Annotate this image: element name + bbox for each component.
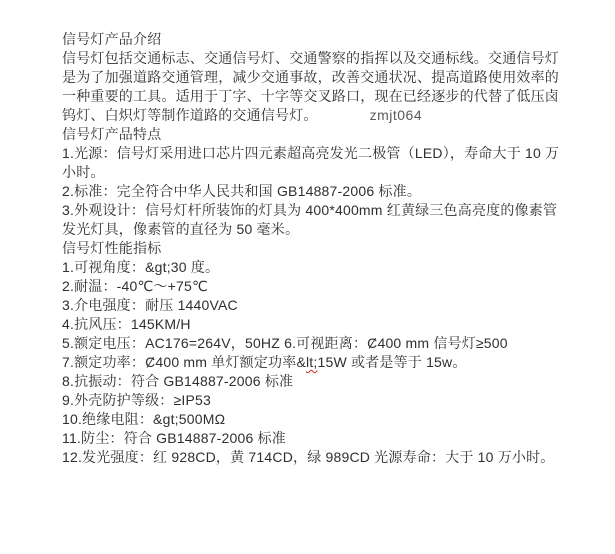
- watermark-text: zmjt064: [370, 107, 423, 123]
- intro-paragraph-line: 是为了加强道路交通管理，减少交通事故，改善交通状况、提高道路使用效率的: [62, 68, 595, 87]
- intro-paragraph-last-line: 钨灯、白炽灯等制作道路的交通信号灯。zmjt064: [62, 106, 595, 125]
- rated-power-post: 15W 或者是等于 15w。: [318, 354, 467, 370]
- spec-line-protection-rating: 9.外壳防护等级：≥IP53: [62, 391, 595, 410]
- feature-line-light-source: 1.光源：信号灯采用进口芯片四元素超高亮发光二极管（LED），寿命大于 10 万: [62, 144, 595, 163]
- intro-paragraph-line: 信号灯包括交通标志、交通信号灯、交通警察的指挥以及交通标线。交通信号灯: [62, 49, 595, 68]
- spec-line-viewing-angle: 1.可视角度：&gt;30 度。: [62, 258, 595, 277]
- rated-power-pre: 7.额定功率：Ȼ400 mm 单灯额定功率&: [62, 354, 306, 370]
- features-section-title: 信号灯产品特点: [62, 125, 595, 144]
- spec-line-rated-power: 7.额定功率：Ȼ400 mm 单灯额定功率&lt;15W 或者是等于 15w。: [62, 353, 595, 372]
- feature-line-design: 3.外观设计：信号灯杆所装饰的灯具为 400*400mm 红黄绿三色高亮度的像素…: [62, 201, 595, 220]
- feature-line-design-cont: 发光灯具，像素管的直径为 50 毫米。: [62, 220, 595, 239]
- intro-paragraph-text: 钨灯、白炽灯等制作道路的交通信号灯。: [62, 107, 318, 123]
- document-page: 信号灯产品介绍 信号灯包括交通标志、交通信号灯、交通警察的指挥以及交通标线。交通…: [0, 0, 615, 554]
- spec-line-dustproof: 11.防尘：符合 GB14887-2006 标准: [62, 429, 595, 448]
- specs-section-title: 信号灯性能指标: [62, 239, 595, 258]
- spec-line-wind-resistance: 4.抗风压：145KM/H: [62, 315, 595, 334]
- feature-line-standard: 2.标准：完全符合中华人民共和国 GB14887-2006 标准。: [62, 182, 595, 201]
- feature-line-light-source-cont: 小时。: [62, 163, 595, 182]
- spec-line-insulation: 10.绝缘电阻：&gt;500MΩ: [62, 410, 595, 429]
- spec-line-vibration: 8.抗振动：符合 GB14887-2006 标准: [62, 372, 595, 391]
- intro-section-title: 信号灯产品介绍: [62, 30, 595, 49]
- spec-line-luminous-intensity: 12.发光强度：红 928CD，黄 714CD，绿 989CD 光源寿命：大于 …: [62, 448, 595, 467]
- rated-power-spellcheck-segment: lt;: [306, 354, 318, 370]
- spec-line-temperature: 2.耐温：-40℃～+75℃: [62, 277, 595, 296]
- intro-paragraph-line: 一种重要的工具。适用于丁字、十字等交叉路口，现在已经逐步的代替了低压卤: [62, 87, 595, 106]
- spec-line-dielectric: 3.介电强度：耐压 1440VAC: [62, 296, 595, 315]
- spec-line-voltage-distance: 5.额定电压：AC176=264V，50HZ 6.可视距离：Ȼ400 mm 信号…: [62, 334, 595, 353]
